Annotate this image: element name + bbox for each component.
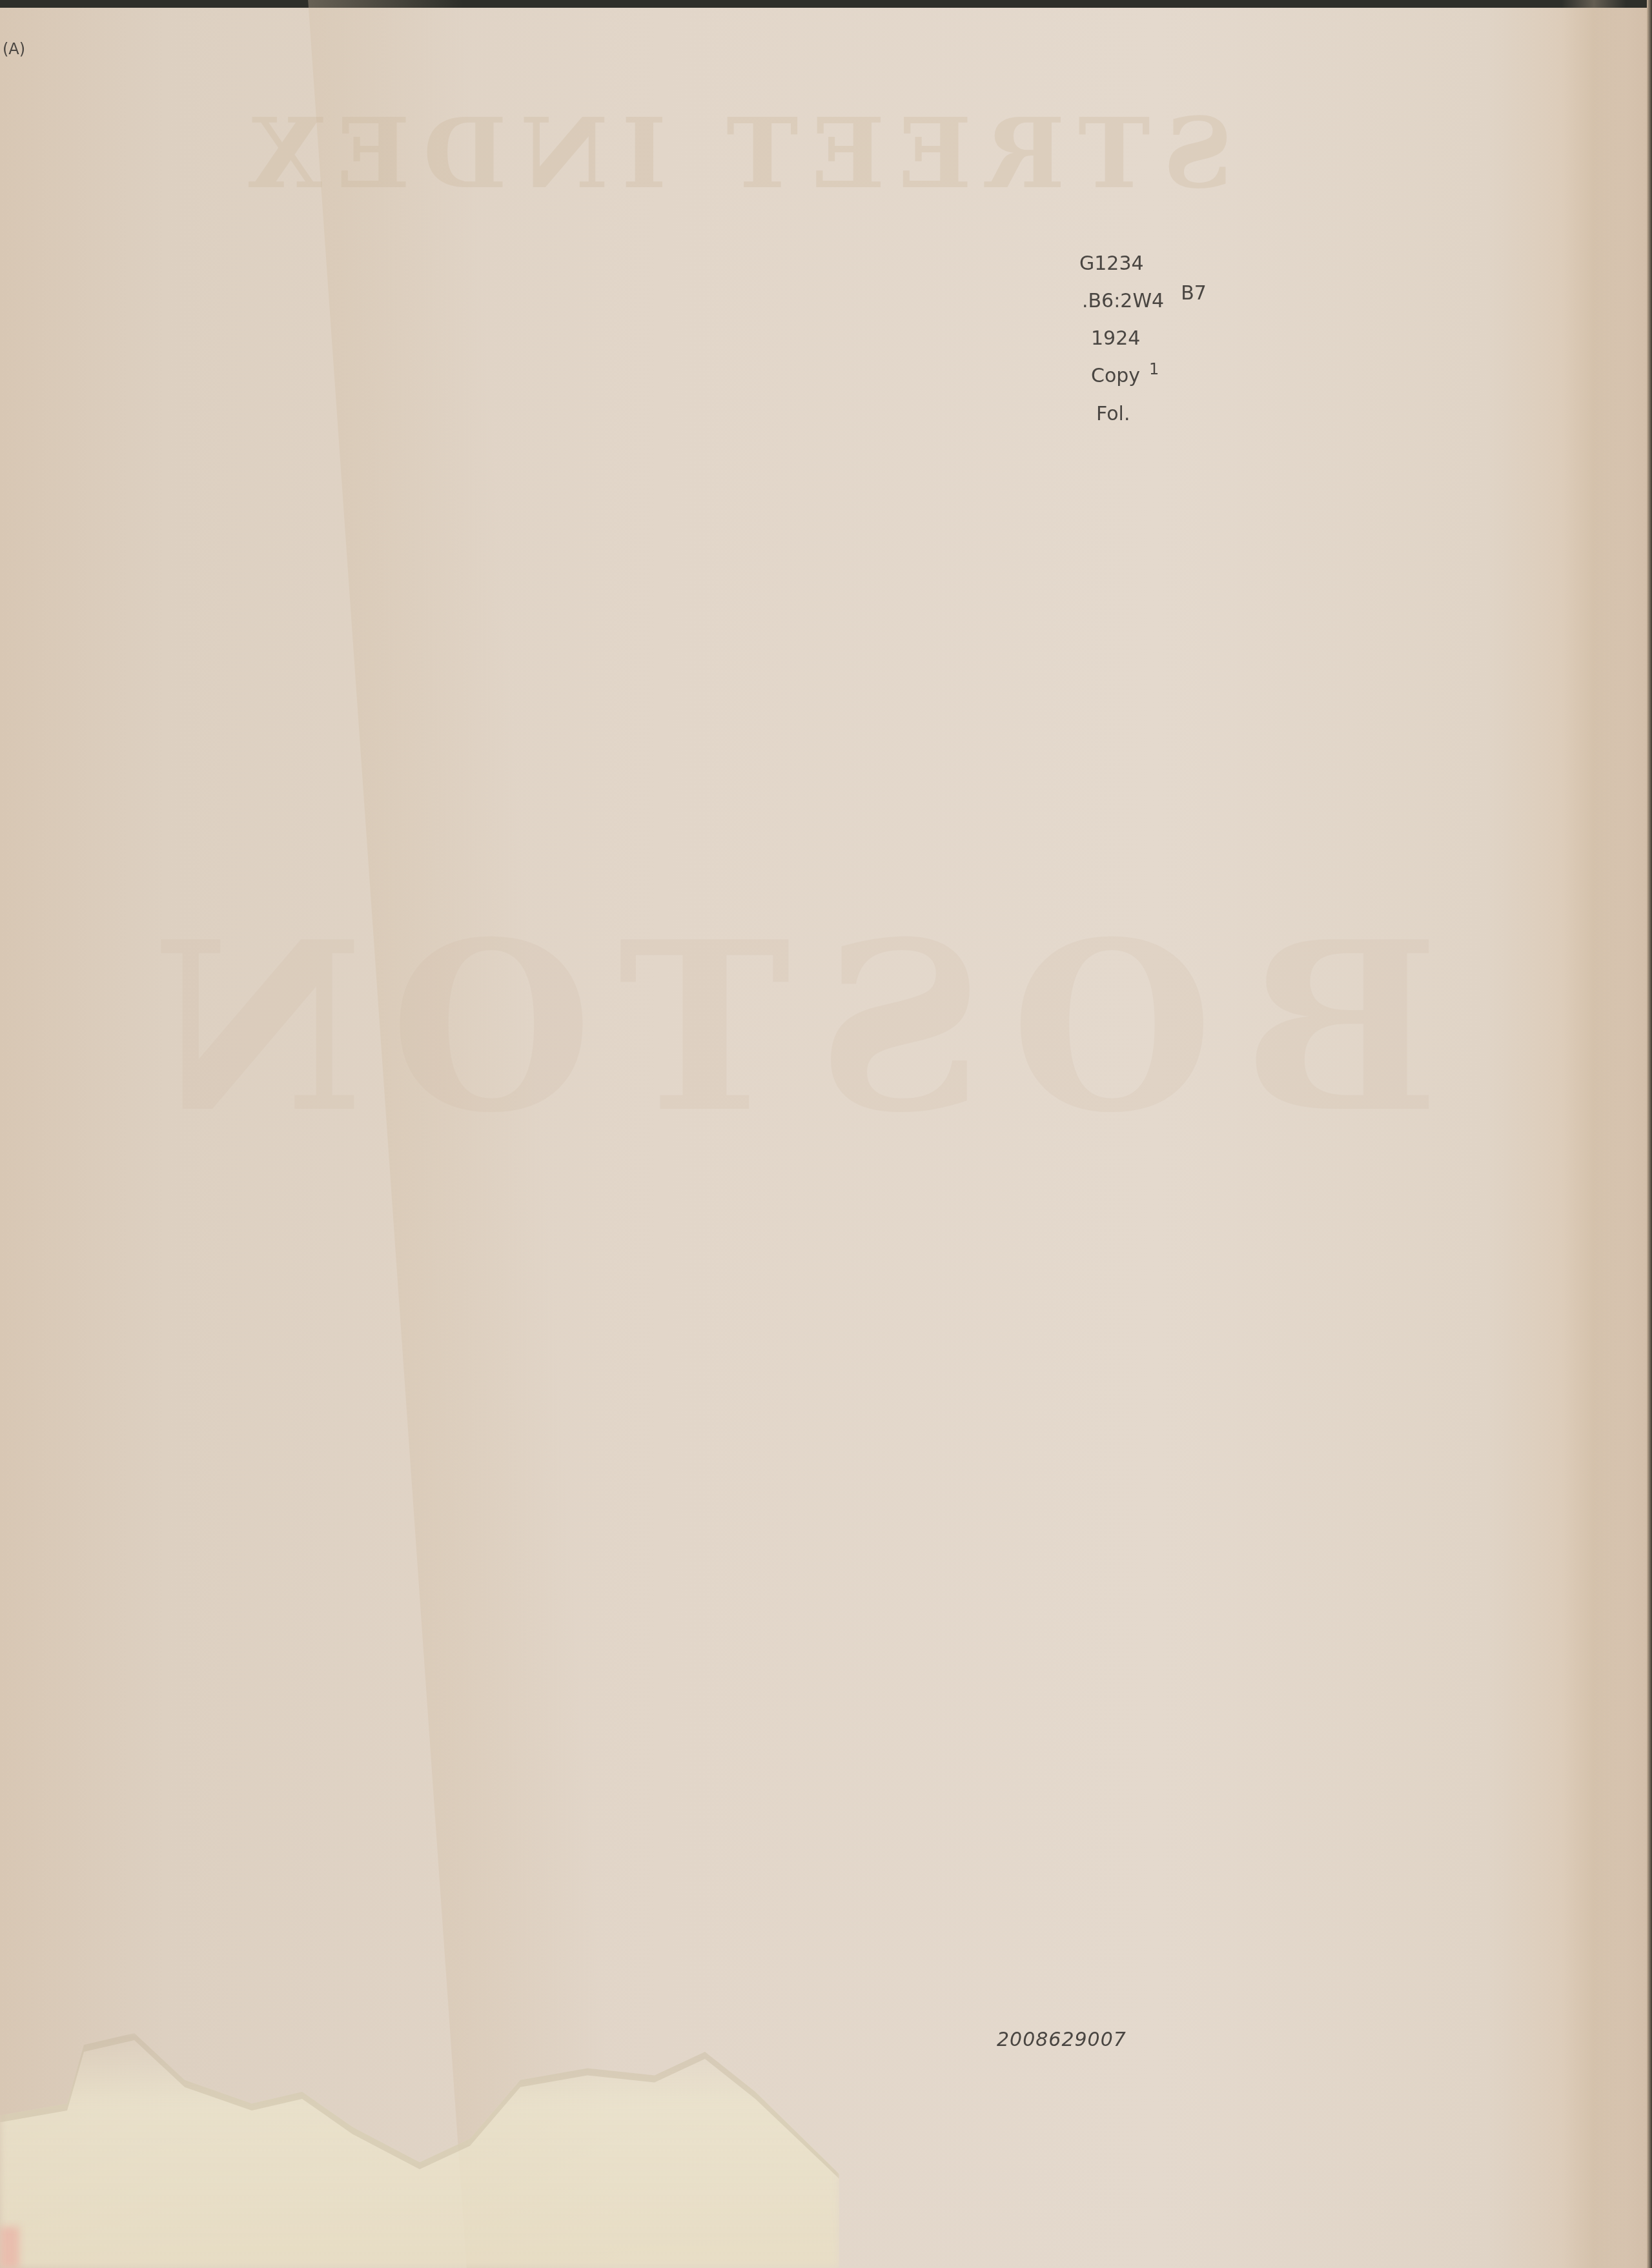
call-number-class: G1234 bbox=[1079, 245, 1207, 283]
bleedthrough-large-text: BOSTON bbox=[213, 891, 1440, 1164]
corner-pencil-mark: (A) bbox=[3, 40, 25, 58]
call-number-cutter: .B6:2W4B7 bbox=[1082, 283, 1207, 320]
water-stain bbox=[0, 2033, 839, 2268]
paper-tone-band bbox=[1562, 0, 1626, 2268]
pink-discoloration bbox=[0, 2227, 19, 2268]
cover-right-edge bbox=[1647, 0, 1652, 2268]
bleedthrough-title: STREET INDEX bbox=[394, 97, 1233, 210]
document-page: STREET INDEX BOSTON (A) G1234 .B6:2W4B7 … bbox=[0, 0, 1652, 2268]
call-number-year: 1924 bbox=[1091, 320, 1207, 358]
call-number-size: Fol. bbox=[1096, 396, 1207, 433]
cover-top-edge bbox=[0, 0, 1652, 8]
call-number-copy: Copy1 bbox=[1091, 358, 1207, 396]
accession-number: 2008629007 bbox=[997, 2029, 1127, 2051]
call-number-annotation: G1234 .B6:2W4B7 1924 Copy1 Fol. bbox=[1079, 245, 1207, 433]
